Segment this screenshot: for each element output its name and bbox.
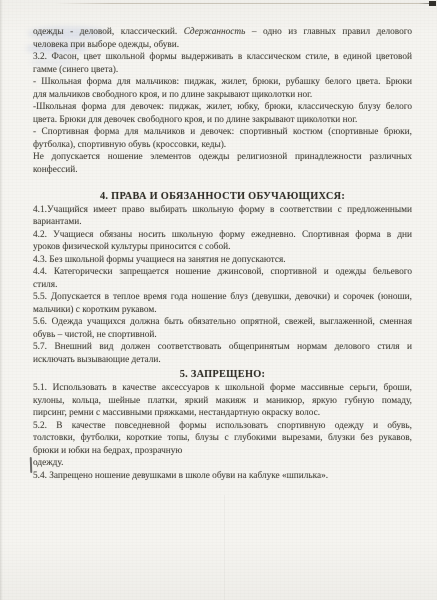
text-segment: для мальчиков свободного кроя, и по длин… xyxy=(33,90,312,100)
text-line: 4.3. Без школьной формы учащиеся на заня… xyxy=(33,254,412,267)
text-line: обувь – чистой, не спортивной. xyxy=(33,329,412,342)
text-line: вариантами. xyxy=(33,216,412,229)
text-line: кулоны, кольца, шейные платки, яркий мак… xyxy=(33,395,412,408)
text-line: - Спортивная форма для мальчиков и девоч… xyxy=(33,126,412,139)
text-segment: - Школьная форма для мальчиков: пиджак, … xyxy=(33,77,412,87)
text-segment: брюки и юбки на бедрах, прозрачную xyxy=(33,446,182,456)
text-line: 4.2. Учащиеся обязаны носить школьную фо… xyxy=(33,229,412,242)
text-segment: 4.2. Учащиеся обязаны носить школьную фо… xyxy=(33,230,412,240)
religious-clothing-note: Не допускается ношение элементов одежды … xyxy=(33,151,412,176)
text-segment: человека при выборе одежды, обуви. xyxy=(33,40,179,50)
margin-pen-mark xyxy=(30,457,33,473)
text-segment: 3.2. Фасон, цвет школьной формы выдержив… xyxy=(33,52,412,62)
text-line: уроков физической культуры приносится с … xyxy=(33,241,412,254)
text-segment: -Школьная форма для девочек: пиджак, жил… xyxy=(33,102,412,112)
document-body: одежды - деловой, классический. Сдержанн… xyxy=(33,26,412,482)
item-4-3: 4.3. Без школьной формы учащиеся на заня… xyxy=(33,254,412,267)
scan-seam-line xyxy=(224,495,225,600)
text-segment: уроков физической культуры приносится с … xyxy=(33,242,230,252)
blank-line-small xyxy=(33,366,412,367)
text-line: стиля. xyxy=(33,279,412,292)
text-segment: 5.7. Внешний вид должен соответствовать … xyxy=(33,342,412,352)
text-line: 5.4. Запрещено ношение девушками в школе… xyxy=(33,470,412,483)
text-line: 4.4. Категорически запрещается ношение д… xyxy=(33,266,412,279)
text-segment: одежду. xyxy=(33,458,63,468)
text-segment: – одно из главных правил делового xyxy=(245,27,412,37)
item-5-2: 5.2. В качестве повседневной формы испол… xyxy=(33,420,412,470)
text-line: брюки и юбки на бедрах, прозрачную xyxy=(33,445,412,458)
text-segment: 5.4. Запрещено ношение девушками в школе… xyxy=(33,471,328,481)
text-segment: 4.4. Категорически запрещается ношение д… xyxy=(33,267,412,277)
text-segment: - Спортивная форма для мальчиков и девоч… xyxy=(33,127,412,137)
text-line: мальчики) с коротким рукавом. xyxy=(33,304,412,317)
intro-continuation: одежды - деловой, классический. Сдержанн… xyxy=(33,26,412,51)
text-segment: гамме (синего цвета). xyxy=(33,65,118,75)
text-line: 4. ПРАВА И ОБЯЗАННОСТИ ОБУЧАЮЩИХСЯ: xyxy=(33,190,412,204)
uniform-sport: - Спортивная форма для мальчиков и девоч… xyxy=(33,126,412,151)
scanned-document-page: одежды - деловой, классический. Сдержанн… xyxy=(0,0,437,600)
text-segment: Не допускается ношение элементов одежды … xyxy=(33,152,412,162)
text-segment: 4.1.Учащийся имеет право выбирать школьн… xyxy=(33,205,412,215)
item-5-1: 5.1. Использовать в качестве аксессуаров… xyxy=(33,382,412,420)
emphasized-text: Сдержанность xyxy=(184,27,246,37)
text-segment: кулоны, кольца, шейные платки, яркий мак… xyxy=(33,396,412,406)
text-segment: футболка), спортивную обувь (кроссовки, … xyxy=(33,140,226,150)
section-5-heading: 5. ЗАПРЕЩЕНО: xyxy=(33,368,412,382)
uniform-boys: - Школьная форма для мальчиков: пиджак, … xyxy=(33,76,412,101)
text-segment: пирсинг, ремни с массивными пряжками, не… xyxy=(33,408,320,418)
text-line: 5.1. Использовать в качестве аксессуаров… xyxy=(33,382,412,395)
text-segment: 4. ПРАВА И ОБЯЗАННОСТИ ОБУЧАЮЩИХСЯ: xyxy=(100,191,345,202)
text-line: конфессий. xyxy=(33,164,412,177)
item-5-7: 5.7. Внешний вид должен соответствовать … xyxy=(33,341,412,366)
text-segment: 5.5. Допускается в теплое время года нош… xyxy=(33,292,412,302)
text-segment: цвета. Брюки для девочек свободного кроя… xyxy=(33,115,357,125)
blank-line xyxy=(33,176,412,189)
item-4-1: 4.1.Учащийся имеет право выбирать школьн… xyxy=(33,204,412,229)
text-line: футболка), спортивную обувь (кроссовки, … xyxy=(33,139,412,152)
text-line: 5.5. Допускается в теплое время года нош… xyxy=(33,291,412,304)
text-segment: одежды - деловой, классический. xyxy=(33,27,184,37)
text-line: Не допускается ношение элементов одежды … xyxy=(33,151,412,164)
item-3-2: 3.2. Фасон, цвет школьной формы выдержив… xyxy=(33,51,412,76)
text-line: пирсинг, ремни с массивными пряжками, не… xyxy=(33,407,412,420)
scan-top-edge-line xyxy=(55,3,430,4)
text-segment: 5.2. В качестве повседневной формы испол… xyxy=(33,421,412,431)
text-line: - Школьная форма для мальчиков: пиджак, … xyxy=(33,76,412,89)
text-line: 5.6. Одежда учащихся должна быть обязате… xyxy=(33,316,412,329)
text-segment: стиля. xyxy=(33,280,57,290)
item-5-4: 5.4. Запрещено ношение девушками в школе… xyxy=(33,470,412,483)
text-line: одежду. xyxy=(33,457,412,470)
text-segment: исключать вызывающие детали. xyxy=(33,355,161,365)
text-line: 5.7. Внешний вид должен соответствовать … xyxy=(33,341,412,354)
text-segment: 5. ЗАПРЕЩЕНО: xyxy=(180,369,266,380)
text-segment: вариантами. xyxy=(33,217,82,227)
text-segment: конфессий. xyxy=(33,165,78,175)
uniform-girls: -Школьная форма для девочек: пиджак, жил… xyxy=(33,101,412,126)
text-line: для мальчиков свободного кроя, и по длин… xyxy=(33,89,412,102)
text-segment: 5.6. Одежда учащихся должна быть обязате… xyxy=(33,317,412,327)
paper-left-edge-shade xyxy=(0,0,3,600)
text-segment: обувь – чистой, не спортивной. xyxy=(33,330,157,340)
text-line: толстовки, футболки, короткие топы, блуз… xyxy=(33,432,412,445)
item-5-5: 5.5. Допускается в теплое время года нош… xyxy=(33,291,412,316)
text-segment: мальчики) с коротким рукавом. xyxy=(33,305,157,315)
item-4-4: 4.4. Категорически запрещается ношение д… xyxy=(33,266,412,291)
section-4-heading: 4. ПРАВА И ОБЯЗАННОСТИ ОБУЧАЮЩИХСЯ: xyxy=(33,190,412,204)
text-line: одежды - деловой, классический. Сдержанн… xyxy=(33,26,412,39)
text-line: 3.2. Фасон, цвет школьной формы выдержив… xyxy=(33,51,412,64)
text-line: цвета. Брюки для девочек свободного кроя… xyxy=(33,114,412,127)
text-segment: 5.1. Использовать в качестве аксессуаров… xyxy=(33,383,412,393)
text-line: исключать вызывающие детали. xyxy=(33,354,412,367)
text-line: человека при выборе одежды, обуви. xyxy=(33,39,412,52)
text-line: гамме (синего цвета). xyxy=(33,64,412,77)
item-4-2: 4.2. Учащиеся обязаны носить школьную фо… xyxy=(33,229,412,254)
text-line: -Школьная форма для девочек: пиджак, жил… xyxy=(33,101,412,114)
text-segment: толстовки, футболки, короткие топы, блуз… xyxy=(33,433,412,443)
scan-corner-mark xyxy=(429,1,436,6)
item-5-6: 5.6. Одежда учащихся должна быть обязате… xyxy=(33,316,412,341)
text-line: 5. ЗАПРЕЩЕНО: xyxy=(33,368,412,382)
text-segment: 4.3. Без школьной формы учащиеся на заня… xyxy=(33,255,286,265)
text-line: 5.2. В качестве повседневной формы испол… xyxy=(33,420,412,433)
text-line: 4.1.Учащийся имеет право выбирать школьн… xyxy=(33,204,412,217)
